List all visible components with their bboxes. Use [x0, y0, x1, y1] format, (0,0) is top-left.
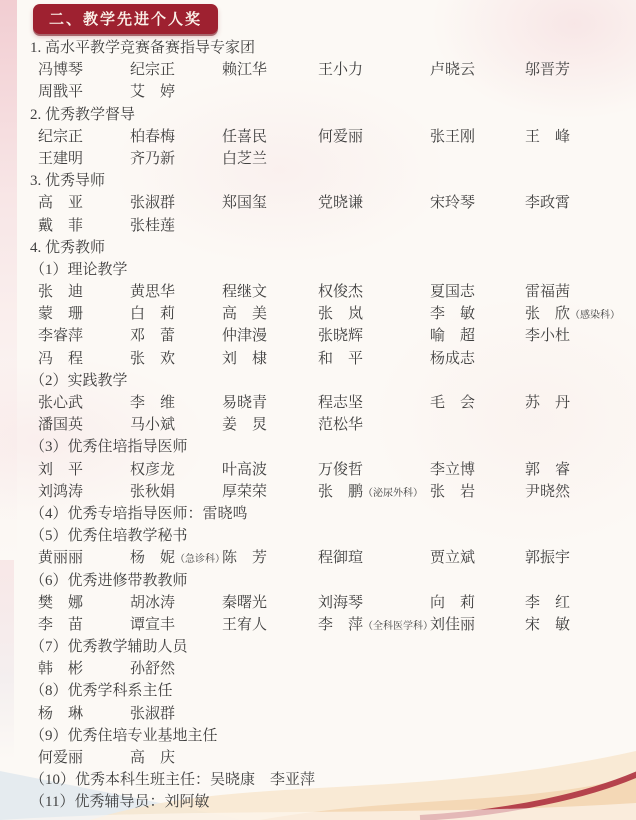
name-cell: 黄丽丽 [38, 547, 130, 571]
name-row: 王建明齐乃新白芝兰 [38, 148, 636, 170]
department-note: （感染科） [570, 310, 620, 321]
name-cell: 仲津漫 [222, 325, 318, 347]
name-cell: 张晓辉 [318, 325, 430, 347]
name-row: 何爱丽高 庆 [38, 747, 636, 769]
award-section: （5）优秀住培教学秘书黄丽丽杨 妮（急诊科）陈 芳程御瑄贾立斌郭振宇 [0, 525, 636, 569]
person-name: 张 欣 [525, 306, 570, 322]
name-row: 蒙 珊白 莉高 美张 岚李 敏张 欣（感染科） [38, 303, 636, 325]
name-cell: 张 迪 [38, 281, 130, 303]
name-cell: 艾 婷 [130, 81, 222, 103]
award-section: 4. 优秀教师 [0, 237, 636, 259]
name-row: 戴 菲张桂莲 [38, 215, 636, 237]
name-cell: 苏 丹 [525, 392, 636, 414]
person-name: 张 鹏 [318, 484, 363, 500]
name-cell: 贾立斌 [430, 547, 525, 571]
name-cell: 张 欢 [130, 348, 222, 370]
award-section: （1）理论教学张 迪黄思华程继文权俊杰夏国志雷福茜蒙 珊白 莉高 美张 岚李 敏… [0, 259, 636, 370]
name-cell: 宋玲琴 [430, 192, 525, 214]
award-section: （9）优秀住培专业基地主任何爱丽高 庆 [0, 725, 636, 769]
name-cell: 叶高波 [222, 459, 318, 481]
name-cell: 刘鸿涛 [38, 481, 130, 505]
section-banner-title: 二、教学先进个人奖 [49, 12, 202, 28]
name-cell: 王建明 [38, 148, 130, 170]
name-cell: 张 鹏（泌尿外科） [318, 481, 430, 505]
name-cell: 向 莉 [430, 592, 525, 614]
name-cell: 尹晓然 [525, 481, 636, 505]
name-cell: 白芝兰 [222, 148, 318, 170]
name-row: 高 亚张淑群郑国玺党晓谦宋玲琴李政霄 [38, 192, 636, 214]
name-row: 刘 平权彦龙叶高波万俊哲李立博郭 睿 [38, 459, 636, 481]
name-cell: 张 岩 [430, 481, 525, 505]
name-cell: 柏春梅 [130, 126, 222, 148]
name-cell: 程御瑄 [318, 547, 430, 571]
award-section: （2）实践教学张心武李 维易晓青程志坚毛 会苏 丹潘国英马小斌姜 炅范松华 [0, 370, 636, 437]
name-cell: 张 欣（感染科） [525, 303, 636, 327]
name-cell: 高 庆 [130, 747, 222, 769]
name-cell: 胡冰涛 [130, 592, 222, 614]
name-row: 杨 琳张淑群 [38, 703, 636, 725]
name-cell: 孙舒然 [130, 658, 222, 680]
name-cell: 李 苗 [38, 614, 130, 638]
department-note: （泌尿外科） [363, 488, 423, 499]
name-cell: 赖江华 [222, 59, 318, 81]
name-cell: 王 峰 [525, 126, 636, 148]
name-cell: 何爱丽 [38, 747, 130, 769]
name-cell: 杨成志 [430, 348, 525, 370]
name-cell: 李 萍（全科医学科） [318, 614, 430, 638]
award-section: （8）优秀学科系主任杨 琳张淑群 [0, 680, 636, 724]
award-section: （3）优秀住培指导医师刘 平权彦龙叶高波万俊哲李立博郭 睿刘鸿涛张秋娟厚荣荣张 … [0, 436, 636, 503]
name-cell: 纪宗正 [38, 126, 130, 148]
name-cell: 蒙 珊 [38, 303, 130, 327]
name-cell: 毛 会 [430, 392, 525, 414]
name-cell: 张淑群 [130, 192, 222, 214]
name-cell: 高 美 [222, 303, 318, 327]
name-cell: 戴 菲 [38, 215, 130, 237]
award-section: （11）优秀辅导员：刘阿敏 [0, 791, 636, 813]
name-cell: 李 红 [525, 592, 636, 614]
name-cell: 李 维 [130, 392, 222, 414]
person-name: 李 萍 [318, 617, 363, 633]
award-section: （10）优秀本科生班主任：吴晓康 李亚萍 [0, 769, 636, 791]
name-row: 冯 程张 欢刘 棣和 平杨成志 [38, 348, 636, 370]
name-cell: 谭宣丰 [130, 614, 222, 638]
name-cell: 姜 炅 [222, 414, 318, 436]
name-cell: 夏国志 [430, 281, 525, 303]
name-cell: 冯博琴 [38, 59, 130, 81]
name-cell: 李立博 [430, 459, 525, 481]
name-cell: 张秋娟 [130, 481, 222, 505]
name-cell: 李 敏 [430, 303, 525, 327]
name-cell: 张心武 [38, 392, 130, 414]
section-heading: （2）实践教学 [30, 370, 636, 392]
name-row: 刘鸿涛张秋娟厚荣荣张 鹏（泌尿外科）张 岩尹晓然 [38, 481, 636, 503]
name-cell: 易晓青 [222, 392, 318, 414]
section-heading: （5）优秀住培教学秘书 [30, 525, 636, 547]
name-cell: 郭 睿 [525, 459, 636, 481]
name-cell: 刘 棣 [222, 348, 318, 370]
section-heading: （11）优秀辅导员：刘阿敏 [30, 791, 636, 813]
name-cell: 邬晋芳 [525, 59, 636, 81]
name-cell: 齐乃新 [130, 148, 222, 170]
section-heading: （6）优秀进修带教教师 [30, 570, 636, 592]
name-cell: 杨 琳 [38, 703, 130, 725]
name-cell: 厚荣荣 [222, 481, 318, 505]
award-section: 2. 优秀教学督导纪宗正柏春梅任喜民何爱丽张王刚王 峰王建明齐乃新白芝兰 [0, 104, 636, 171]
award-section: （7）优秀教学辅助人员韩 彬孙舒然 [0, 636, 636, 680]
name-cell: 刘佳丽 [430, 614, 525, 638]
name-cell: 纪宗正 [130, 59, 222, 81]
name-row: 李 苗谭宣丰王宥人李 萍（全科医学科）刘佳丽宋 敏 [38, 614, 636, 636]
name-cell: 任喜民 [222, 126, 318, 148]
name-cell: 宋 敏 [525, 614, 636, 638]
award-section: 1. 高水平教学竞赛备赛指导专家团冯博琴纪宗正赖江华王小力卢晓云邬晋芳周戬平艾 … [0, 37, 636, 104]
name-cell: 韩 彬 [38, 658, 130, 680]
name-cell: 程志坚 [318, 392, 430, 414]
name-cell: 郑国玺 [222, 192, 318, 214]
award-section: 3. 优秀导师高 亚张淑群郑国玺党晓谦宋玲琴李政霄戴 菲张桂莲 [0, 170, 636, 237]
section-heading: （10）优秀本科生班主任：吴晓康 李亚萍 [30, 769, 636, 791]
name-row: 黄丽丽杨 妮（急诊科）陈 芳程御瑄贾立斌郭振宇 [38, 547, 636, 569]
name-cell: 李小杜 [525, 325, 636, 347]
section-heading: （8）优秀学科系主任 [30, 680, 636, 702]
name-cell: 张淑群 [130, 703, 222, 725]
name-cell: 潘国英 [38, 414, 130, 436]
name-cell: 范松华 [318, 414, 430, 436]
name-row: 韩 彬孙舒然 [38, 658, 636, 680]
section-heading: （1）理论教学 [30, 259, 636, 281]
name-cell: 邓 蕾 [130, 325, 222, 347]
name-cell: 白 莉 [130, 303, 222, 327]
name-row: 冯博琴纪宗正赖江华王小力卢晓云邬晋芳 [38, 59, 636, 81]
name-cell: 万俊哲 [318, 459, 430, 481]
name-cell: 马小斌 [130, 414, 222, 436]
name-cell: 卢晓云 [430, 59, 525, 81]
name-cell: 刘海琴 [318, 592, 430, 614]
section-heading: （4）优秀专培指导医师：雷晓鸣 [30, 503, 636, 525]
section-heading: （9）优秀住培专业基地主任 [30, 725, 636, 747]
name-cell: 王小力 [318, 59, 430, 81]
section-heading: 1. 高水平教学竞赛备赛指导专家团 [30, 37, 636, 59]
name-cell: 程继文 [222, 281, 318, 303]
award-section: （4）优秀专培指导医师：雷晓鸣 [0, 503, 636, 525]
name-cell: 何爱丽 [318, 126, 430, 148]
name-cell: 喻 超 [430, 325, 525, 347]
section-banner: 二、教学先进个人奖 [33, 4, 218, 34]
name-row: 潘国英马小斌姜 炅范松华 [38, 414, 636, 436]
name-cell: 杨 妮（急诊科） [130, 547, 222, 571]
name-cell: 张桂莲 [130, 215, 222, 237]
name-cell: 和 平 [318, 348, 430, 370]
section-heading: 4. 优秀教师 [30, 237, 636, 259]
name-cell: 郭振宇 [525, 547, 636, 571]
name-cell: 冯 程 [38, 348, 130, 370]
name-cell: 张王刚 [430, 126, 525, 148]
award-list: 1. 高水平教学竞赛备赛指导专家团冯博琴纪宗正赖江华王小力卢晓云邬晋芳周戬平艾 … [0, 37, 636, 814]
section-heading: （7）优秀教学辅助人员 [30, 636, 636, 658]
name-row: 樊 娜胡冰涛秦曙光刘海琴向 莉李 红 [38, 592, 636, 614]
name-cell: 权俊杰 [318, 281, 430, 303]
name-cell: 周戬平 [38, 81, 130, 103]
person-name: 杨 妮 [130, 550, 175, 566]
name-cell: 张 岚 [318, 303, 430, 327]
name-cell: 李政霄 [525, 192, 636, 214]
name-cell: 王宥人 [222, 614, 318, 638]
name-cell: 李睿萍 [38, 325, 130, 347]
section-heading: 3. 优秀导师 [30, 170, 636, 192]
name-row: 周戬平艾 婷 [38, 81, 636, 103]
award-section: （6）优秀进修带教教师樊 娜胡冰涛秦曙光刘海琴向 莉李 红李 苗谭宣丰王宥人李 … [0, 570, 636, 637]
name-cell: 秦曙光 [222, 592, 318, 614]
name-cell: 黄思华 [130, 281, 222, 303]
name-cell: 党晓谦 [318, 192, 430, 214]
name-cell: 雷福茜 [525, 281, 636, 303]
name-row: 纪宗正柏春梅任喜民何爱丽张王刚王 峰 [38, 126, 636, 148]
name-row: 张心武李 维易晓青程志坚毛 会苏 丹 [38, 392, 636, 414]
name-row: 李睿萍邓 蕾仲津漫张晓辉喻 超李小杜 [38, 325, 636, 347]
name-cell: 权彦龙 [130, 459, 222, 481]
name-cell: 刘 平 [38, 459, 130, 481]
name-cell: 樊 娜 [38, 592, 130, 614]
name-cell: 高 亚 [38, 192, 130, 214]
department-note: （急诊科） [175, 554, 225, 565]
name-cell: 陈 芳 [222, 547, 318, 571]
department-note: （全科医学科） [363, 621, 433, 632]
name-row: 张 迪黄思华程继文权俊杰夏国志雷福茜 [38, 281, 636, 303]
section-heading: （3）优秀住培指导医师 [30, 436, 636, 458]
section-heading: 2. 优秀教学督导 [30, 104, 636, 126]
